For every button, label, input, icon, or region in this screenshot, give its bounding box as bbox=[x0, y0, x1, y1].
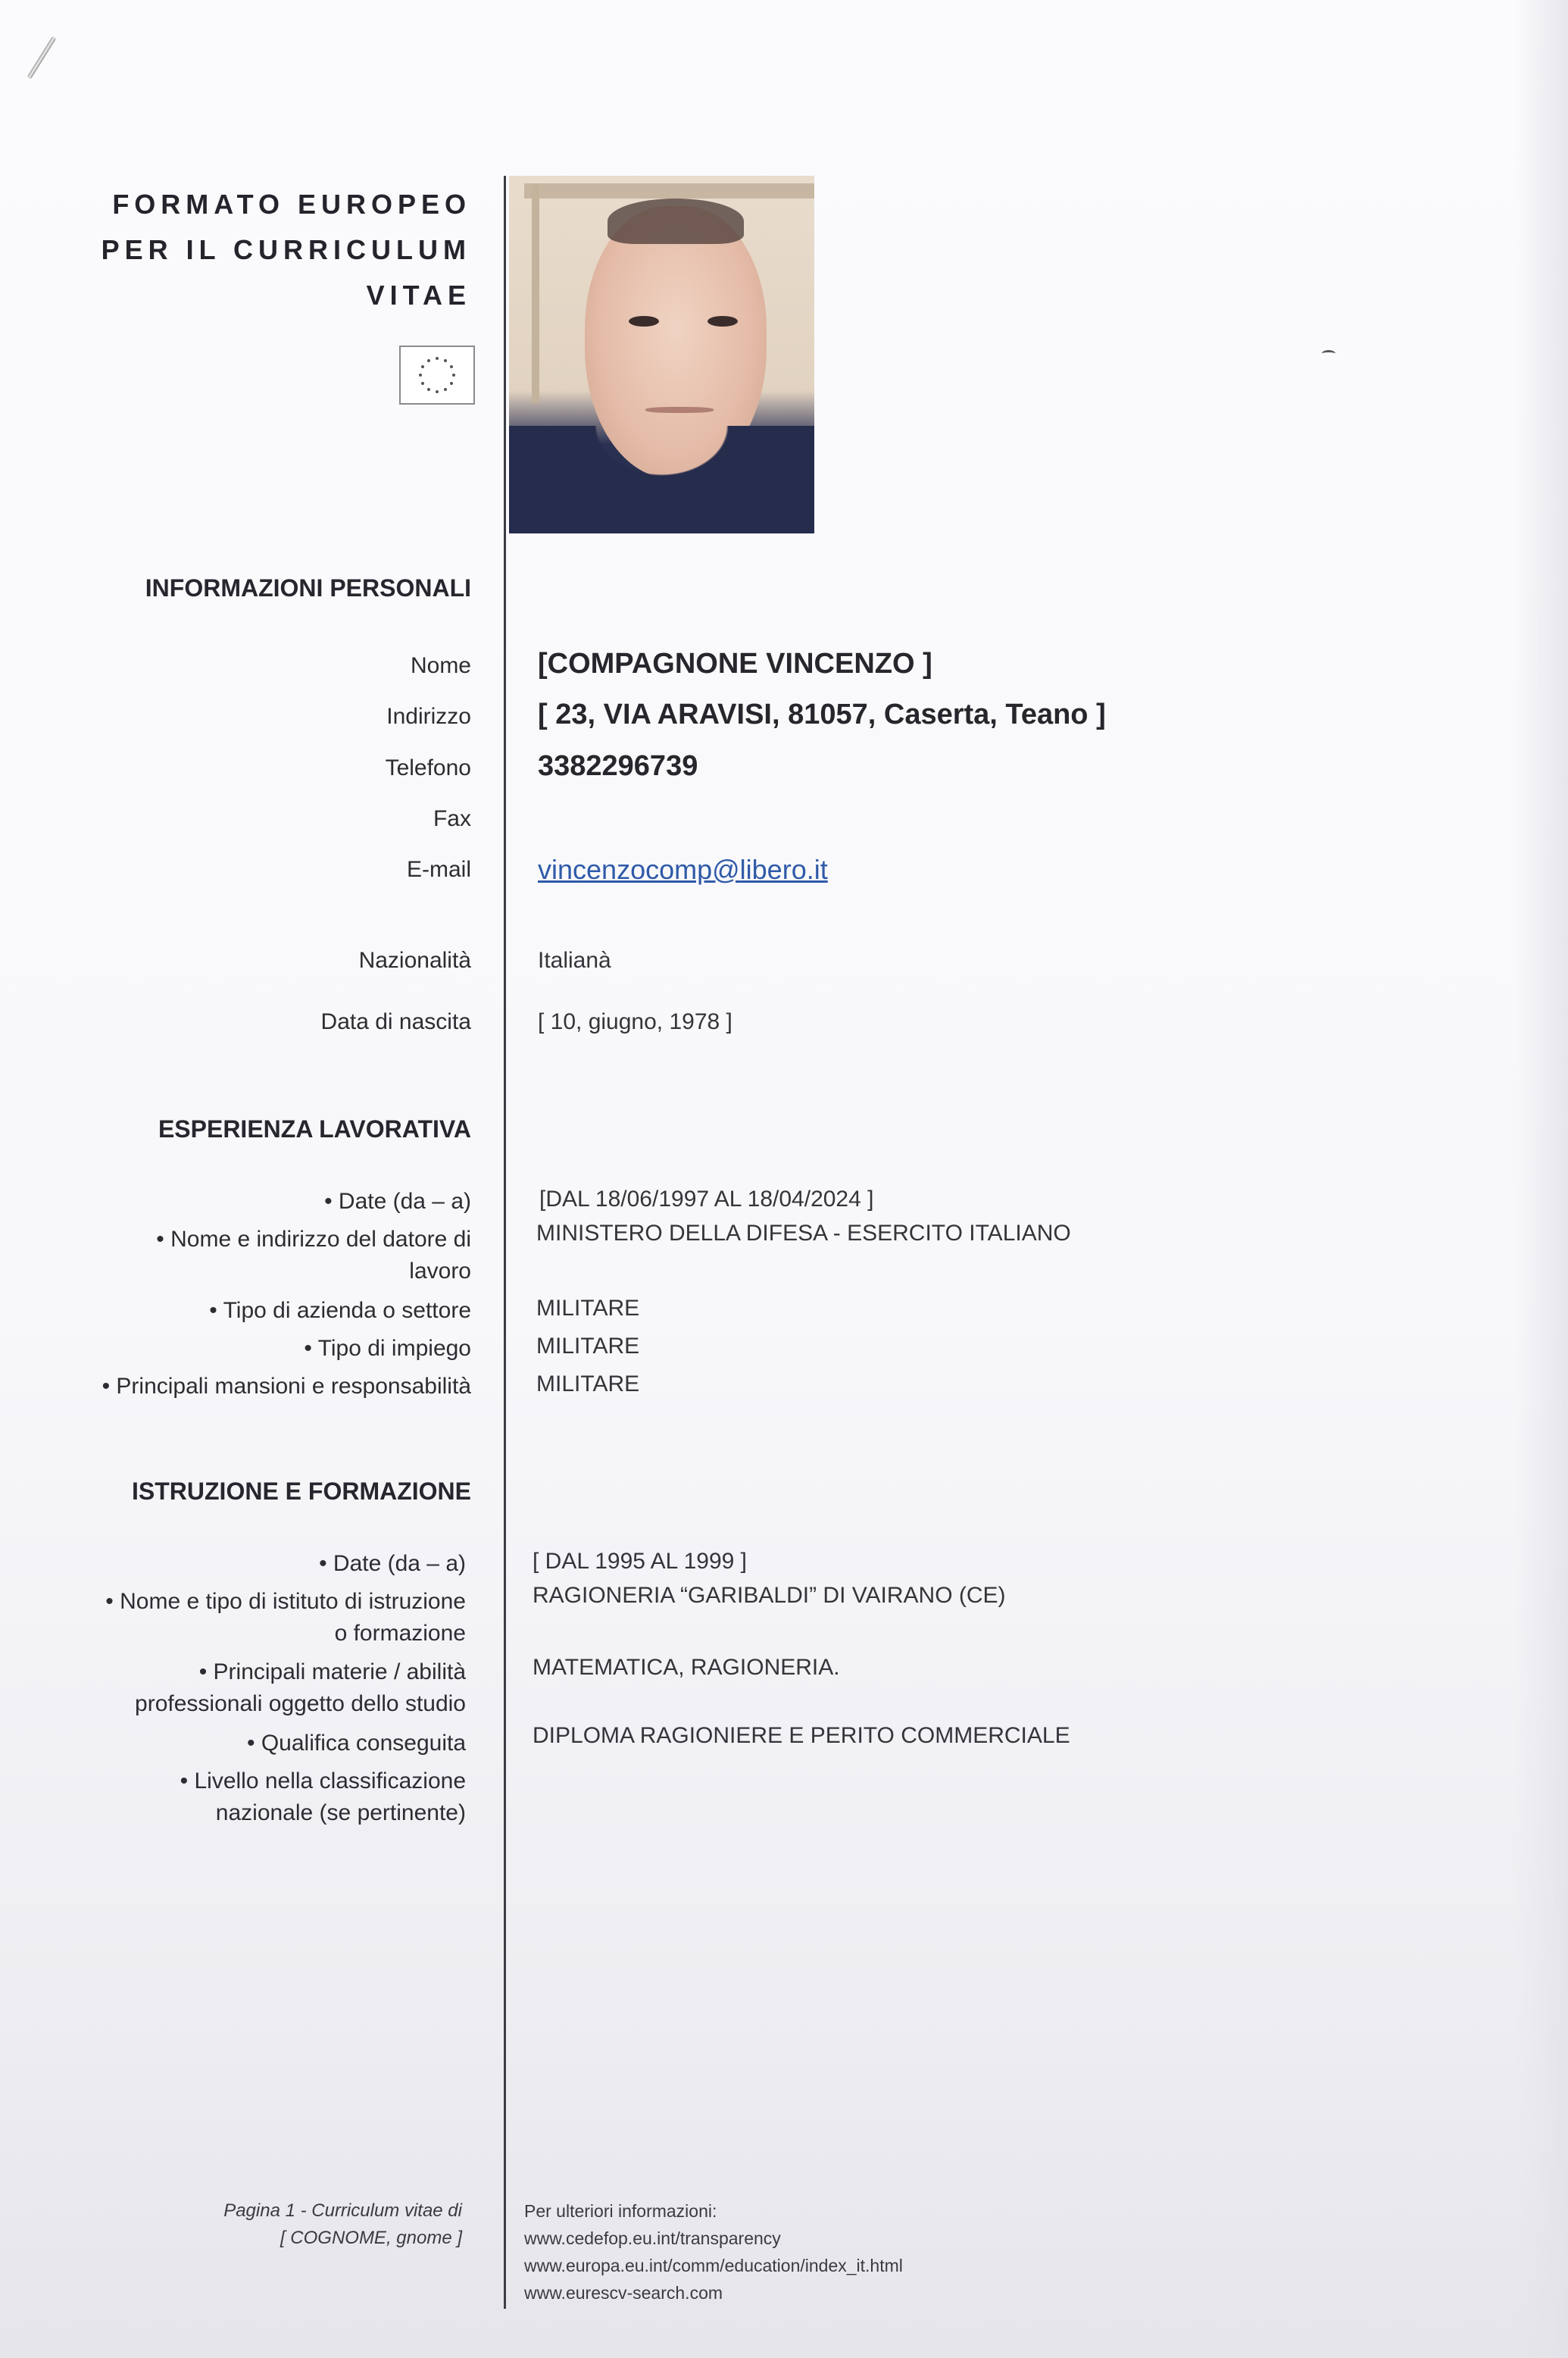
value-exp-date: [DAL 18/06/1997 AL 18/04/2024 ] bbox=[539, 1184, 873, 1215]
label-exp-date: • Date (da – a) bbox=[324, 1186, 471, 1218]
value-edu-institute: RAGIONERIA “GARIBALDI” DI VAIRANO (CE) bbox=[533, 1580, 1006, 1612]
section-work-experience: ESPERIENZA LAVORATIVA bbox=[158, 1115, 471, 1143]
value-exp-sector: MILITARE bbox=[536, 1293, 639, 1324]
label-email: E-mail bbox=[407, 854, 471, 886]
value-exp-type: MILITARE bbox=[536, 1331, 639, 1362]
cv-title-line-1: FORMATO EUROPEO bbox=[102, 182, 471, 227]
eu-star-icon bbox=[427, 388, 430, 391]
label-indirizzo: Indirizzo bbox=[386, 701, 471, 733]
eu-star-icon bbox=[436, 390, 439, 393]
eu-star-icon bbox=[421, 382, 424, 385]
footer-more-info: Per ulteriori informazioni: www.cedefop.… bbox=[524, 2197, 903, 2306]
value-telefono: 3382296739 bbox=[538, 750, 698, 782]
page-shadow bbox=[1515, 0, 1568, 2358]
eu-star-icon bbox=[436, 357, 439, 360]
label-exp-duties: • Principali mansioni e responsabilità bbox=[102, 1371, 471, 1403]
eu-star-icon bbox=[450, 382, 453, 385]
value-nazionalita: Italianà bbox=[538, 945, 611, 977]
eu-star-icon bbox=[427, 359, 430, 362]
section-personal-info: INFORMAZIONI PERSONALI bbox=[145, 574, 471, 602]
eu-star-icon bbox=[419, 374, 422, 377]
value-data-nascita: [ 10, giugno, 1978 ] bbox=[538, 1006, 732, 1038]
cv-title-line-3: VITAE bbox=[102, 273, 471, 318]
label-edu-date: • Date (da – a) bbox=[319, 1548, 466, 1580]
label-edu-subjects: • Principali materie / abilità professio… bbox=[135, 1656, 466, 1720]
label-exp-type: • Tipo di impiego bbox=[304, 1333, 471, 1365]
footer-link-cedefop[interactable]: www.cedefop.eu.int/transparency bbox=[524, 2225, 903, 2252]
footer-link-eurescv[interactable]: www.eurescv-search.com bbox=[524, 2279, 903, 2306]
section-education: ISTRUZIONE E FORMAZIONE bbox=[132, 1478, 471, 1506]
label-data-nascita: Data di nascita bbox=[321, 1006, 471, 1038]
footer-more-info-label: Per ulteriori informazioni: bbox=[524, 2197, 903, 2225]
eu-flag-icon bbox=[399, 346, 475, 405]
cv-title-line-2: PER IL CURRICULUM bbox=[102, 227, 471, 273]
value-exp-employer: MINISTERO DELLA DIFESA - ESERCITO ITALIA… bbox=[536, 1218, 1071, 1249]
label-exp-sector: • Tipo di azienda o settore bbox=[209, 1295, 471, 1327]
label-edu-level: • Livello nella classificazione nazional… bbox=[180, 1765, 466, 1829]
value-exp-duties: MILITARE bbox=[536, 1368, 639, 1400]
eu-star-icon bbox=[444, 388, 447, 391]
label-edu-institute: • Nome e tipo di istituto di istruzione … bbox=[105, 1586, 466, 1650]
smudge-mark bbox=[1322, 350, 1335, 357]
label-nazionalita: Nazionalità bbox=[359, 945, 471, 977]
value-edu-subjects: MATEMATICA, RAGIONERIA. bbox=[533, 1652, 840, 1684]
label-telefono: Telefono bbox=[386, 752, 471, 784]
email-link[interactable]: vincenzocomp@libero.it bbox=[538, 854, 828, 886]
label-fax: Fax bbox=[433, 803, 471, 835]
value-nome: [COMPAGNONE VINCENZO ] bbox=[538, 648, 932, 680]
label-edu-qualification: • Qualifica conseguita bbox=[247, 1728, 466, 1759]
value-indirizzo: [ 23, VIA ARAVISI, 81057, Caserta, Teano… bbox=[538, 699, 1106, 730]
staple-mark bbox=[27, 36, 56, 79]
label-exp-employer: • Nome e indirizzo del datore di lavoro bbox=[156, 1224, 471, 1287]
column-divider bbox=[504, 176, 506, 2309]
footer-link-europa[interactable]: www.europa.eu.int/comm/education/index_i… bbox=[524, 2252, 903, 2279]
value-edu-date: [ DAL 1995 AL 1999 ] bbox=[533, 1546, 747, 1578]
eu-star-icon bbox=[421, 365, 424, 368]
value-edu-qualification: DIPLOMA RAGIONIERE E PERITO COMMERCIALE bbox=[533, 1720, 1070, 1752]
footer-page-info: Pagina 1 - Curriculum vitae di [ COGNOME… bbox=[223, 2197, 462, 2252]
eu-star-icon bbox=[444, 359, 447, 362]
label-nome: Nome bbox=[411, 650, 471, 682]
cv-title: FORMATO EUROPEO PER IL CURRICULUM VITAE bbox=[102, 182, 471, 318]
eu-star-icon bbox=[452, 374, 455, 377]
profile-photo bbox=[509, 176, 814, 533]
eu-star-icon bbox=[450, 365, 453, 368]
